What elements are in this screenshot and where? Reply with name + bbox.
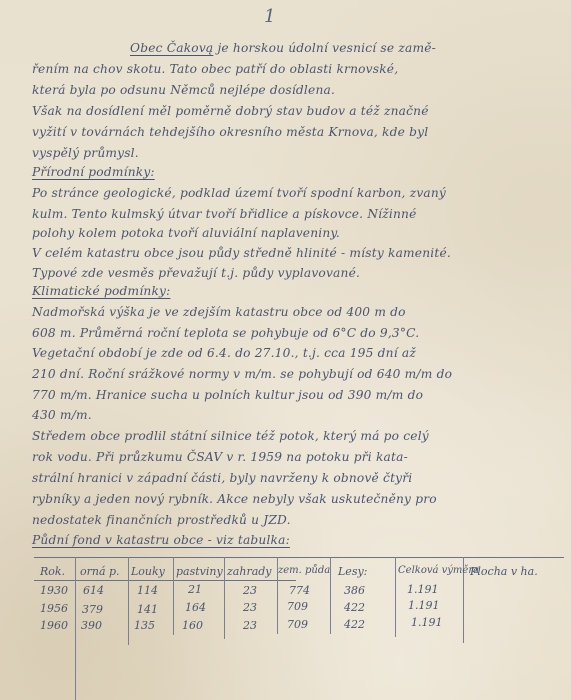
text-line: V celém katastru obce jsou půdy středně …: [32, 245, 551, 261]
cell-agri-land: 709: [287, 618, 308, 631]
cell-gardens: 23: [243, 601, 257, 614]
cell-agri-land: 709: [287, 600, 308, 613]
text-line: Vegetační období je zde od 6.4. do 27.10…: [32, 345, 551, 361]
table-header-rule: [34, 580, 296, 581]
text-line: Typové zde vesměs převažují t.j. půdy vy…: [32, 265, 551, 281]
cell-pastures: 164: [185, 601, 206, 614]
cell-arable: 390: [81, 619, 102, 632]
column-header-gardens: zahrady: [227, 565, 272, 578]
cell-forests: 386: [344, 584, 365, 597]
text-line: rybníky a jeden nový rybník. Akce nebyly…: [32, 491, 551, 507]
text-line: která byla po odsunu Němců nejlépe dosíd…: [32, 82, 551, 98]
column-divider: [128, 557, 129, 645]
cell-year: 1956: [40, 602, 68, 615]
text-line: Po stránce geologické, podklad území tvo…: [32, 185, 551, 201]
section-heading-land-fund: Půdní fond v katastru obce - viz tabulka…: [32, 532, 551, 548]
column-header-pastures: pastviny: [176, 565, 223, 578]
cell-forests: 422: [344, 601, 365, 614]
text-line: Obec Čakovą je horskou údolní vesnicí se…: [130, 40, 551, 56]
column-divider: [395, 557, 396, 637]
table-top-rule: [34, 557, 564, 558]
column-header-area-ha: Plocha v ha.: [470, 565, 538, 578]
cell-total-area: 1.191: [407, 583, 439, 596]
text-line: 770 m/m. Hranice sucha u polních kultur …: [32, 387, 551, 403]
cell-meadows: 135: [134, 619, 155, 632]
village-name: Obec Čakovą: [130, 41, 213, 55]
cell-total-area: 1.191: [408, 599, 440, 612]
cell-meadows: 141: [137, 603, 158, 616]
text-line: Nadmořská výška je ve zdejším katastru o…: [32, 304, 551, 320]
cell-pastures: 21: [188, 583, 202, 596]
cell-pastures: 160: [182, 619, 203, 632]
cell-forests: 422: [344, 618, 365, 631]
text-line: 430 m/m.: [32, 407, 551, 423]
cell-gardens: 23: [243, 619, 257, 632]
text-line: 210 dní. Roční srážkové normy v m/m. se …: [32, 366, 551, 382]
section-heading-natural-conditions: Přírodní podmínky:: [32, 164, 551, 180]
text-line: vyžití v továrnách tehdejšího okresního …: [32, 124, 551, 140]
text-line: vyspělý průmysl.: [32, 145, 551, 161]
text-line: nedostatek finančních prostředků u JZD.: [32, 512, 551, 528]
text-line: kulm. Tento kulmský útvar tvoří břidlice…: [32, 206, 551, 222]
page-number: 1: [264, 6, 275, 27]
section-heading-climatic-conditions: Klimatické podmínky:: [32, 283, 551, 299]
cell-year: 1930: [40, 584, 68, 597]
cell-arable: 379: [82, 603, 103, 616]
column-header-total-area: Celková výměra: [398, 565, 479, 576]
text-line: Však na dosídlení měl poměrně dobrý stav…: [32, 103, 551, 119]
column-divider: [173, 557, 174, 635]
text-line: 608 m. Průměrná roční teplota se pohybuj…: [32, 325, 551, 341]
column-header-agri-land: zem. půda: [278, 565, 330, 576]
column-header-year: Rok.: [40, 565, 65, 578]
cell-gardens: 23: [243, 584, 257, 597]
text-line: rok vodu. Při průzkumu ČSAV v r. 1959 na…: [32, 449, 551, 465]
text-line: polohy kolem potoka tvoří aluviální napl…: [32, 225, 551, 241]
text-line: strální hranici v západní části, byly na…: [32, 470, 551, 486]
column-header-meadows: Louky: [131, 565, 165, 578]
column-header-forests: Lesy:: [338, 565, 367, 578]
cell-year: 1960: [40, 619, 68, 632]
column-divider: [75, 557, 76, 700]
column-divider: [224, 557, 225, 639]
text-line: Středem obce prodlil státní silnice též …: [32, 428, 551, 444]
cell-total-area: 1.191: [411, 616, 443, 629]
cell-arable: 614: [83, 584, 104, 597]
cell-meadows: 114: [137, 584, 158, 597]
cell-agri-land: 774: [289, 584, 310, 597]
text-line: řením na chov skotu. Tato obec patří do …: [32, 61, 551, 77]
column-header-arable: orná p.: [80, 565, 120, 578]
